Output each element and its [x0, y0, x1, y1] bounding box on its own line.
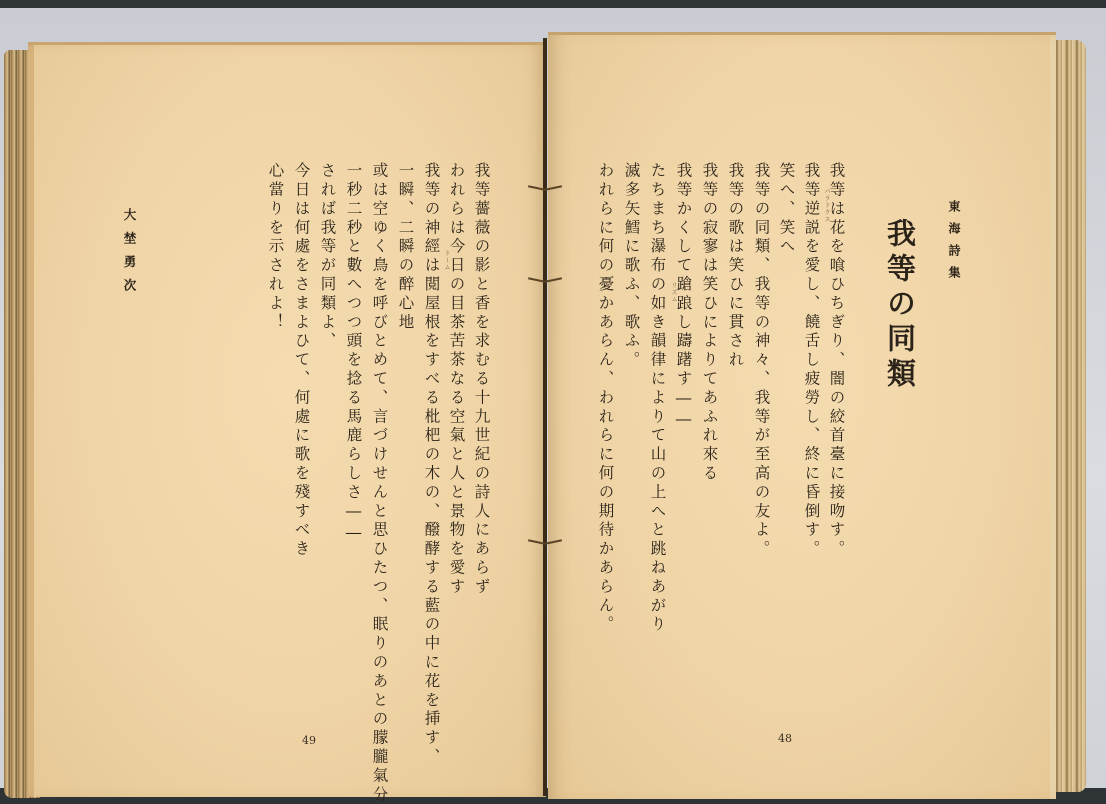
binding-stitch	[528, 276, 562, 284]
poem-line: われらに何の憂かあらん、われらに何の期待かあらん。	[597, 162, 613, 635]
poem-line: 今日は何處をさまよひて、何處に歌を殘すべき	[293, 162, 309, 559]
poem-line: されば我等が同類よ、	[319, 162, 335, 351]
poem-line: 一瞬、二瞬の醉心地	[397, 162, 413, 332]
poem-line: 我等薔薇の影と香を求むる十九世紀の詩人にあらず	[473, 162, 489, 597]
poem-line: 笑へ、笑へ	[778, 162, 794, 257]
poem-line: 我等の寂寥は笑ひによりてあふれ來る	[701, 162, 717, 483]
ruby-annotation: パラドクス	[822, 188, 831, 223]
binding-stitch	[528, 538, 562, 546]
poem-line: われらは今日の目茶苦茶なる空氣と人と景物を愛す	[448, 162, 464, 597]
binding-stitch	[528, 184, 562, 192]
book-gutter	[543, 38, 547, 796]
page-stack-right-edge	[1052, 40, 1086, 792]
open-book: 東海詩集 我等の同類 我等は花を喰ひちぎり、闇の絞首臺に接吻す。 我等逆説を愛し…	[0, 0, 1106, 804]
poem-line: 我等の神經は閲屋根をすべる枇杷の木の、醱酵する藍の中に花を挿す、	[423, 162, 439, 767]
poem-line: 或は空ゆく鳥を呼びとめて、言づけせんと思ひたつ、眠りのあとの朦朧氣分	[371, 162, 387, 804]
page-number-left: 49	[302, 734, 316, 747]
poem-line: 心當りを示されよ！	[267, 162, 283, 332]
poem-title: 我等の同類	[880, 218, 921, 393]
poem-line: 滅多矢鱈に歌ふ、歌ふ。	[623, 162, 639, 370]
poem-line: 一秒二秒と數へつつ頭を捻る馬鹿らしさ――	[345, 162, 361, 545]
poem-line: 我等の歌は笑ひに貫され	[727, 162, 743, 370]
poem-line: たちまち瀑布の如き韻律によりて山の上へと跳ねあがり	[649, 162, 665, 635]
page-number-right: 48	[778, 732, 792, 745]
poem-line: 我等逆説を愛し、饒舌し疲勞し、終に昏倒す。	[803, 162, 819, 559]
poem-line: 我等の同類、我等の神々、我等が至高の友よ。	[753, 162, 769, 559]
left-page	[28, 42, 546, 797]
collection-title: 東海詩集	[946, 200, 963, 288]
right-page	[548, 32, 1056, 799]
ruby-annotation: リズム	[669, 282, 678, 303]
ruby-annotation: ドーム	[442, 250, 451, 271]
author-name: 大埜勇次	[120, 208, 138, 302]
